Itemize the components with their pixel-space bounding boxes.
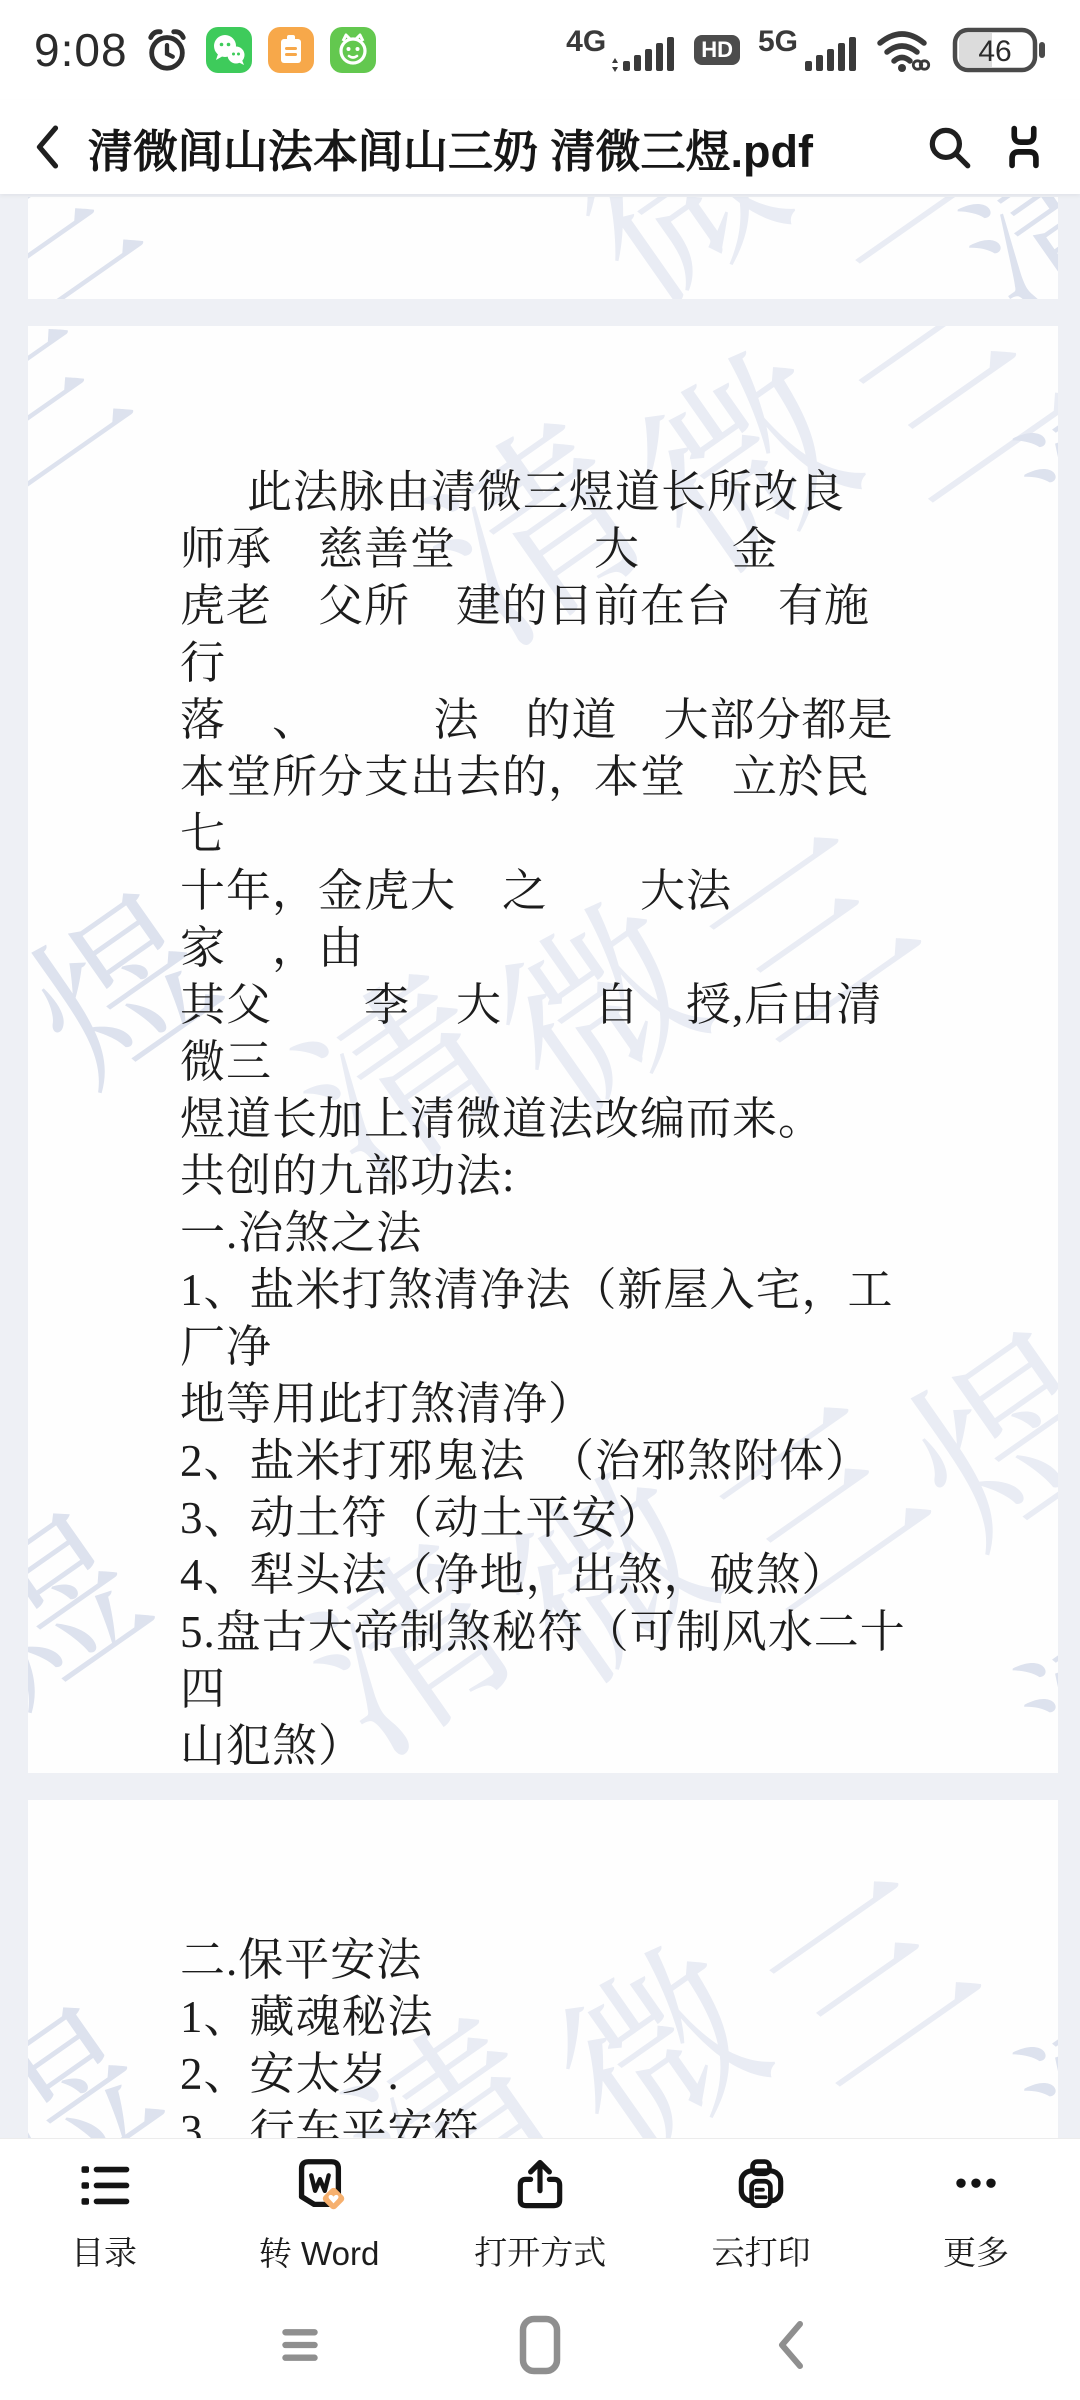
doc-text-line: 二.保平安法 — [180, 1932, 912, 1989]
doc-text-line: 2、盐米打邪鬼法 （治邪煞附体） — [180, 1433, 912, 1490]
net1-label: 4G — [566, 27, 606, 57]
toolbar-label: 更多 — [943, 2227, 1009, 2274]
notes-notification-icon — [268, 27, 314, 73]
toolbar-item-contents[interactable]: 目录 — [44, 2155, 164, 2274]
doc-text-line: 师承 慈善堂 大 金 — [180, 521, 912, 578]
toolbar-item-convert-word[interactable]: 转 Word — [259, 2154, 379, 2275]
back-button[interactable] — [30, 121, 64, 173]
toolbar-item-open-with[interactable]: 打开方式 — [474, 2155, 606, 2274]
toolbar-label: 转 Word — [259, 2228, 379, 2275]
battery-percent-text: 46 — [978, 35, 1011, 68]
toolbar-label: 目录 — [71, 2227, 137, 2274]
nav-back-button[interactable] — [775, 2319, 805, 2371]
wifi-icon — [876, 27, 934, 73]
search-button[interactable] — [924, 122, 974, 172]
doc-text-line: 1、藏魂秘法 — [180, 1989, 912, 2046]
pet-app-notification-icon — [330, 27, 376, 73]
doc-text-line: 1、盐米打煞清净法（新屋入宅，工厂净 — [180, 1262, 912, 1376]
doc-text-line: 4、犁头法（净地，出煞，破煞） — [180, 1547, 912, 1604]
pdf-text-block-2: 二.保平安法1、藏魂秘法2、安太岁.3、行车平安符 — [28, 1800, 1058, 2138]
pdf-text-block: 此法脉由清微三煜道长所改良师承 慈善堂 大 金虎老 父所 建的目前在台 有施行落… — [28, 326, 1058, 1773]
doc-text-line: 此法脉由清微三煜道长所改良 — [180, 464, 912, 521]
doc-text-line: 本堂所分支出去的，本堂 立於民 七 — [180, 749, 912, 863]
toolbar-label: 云打印 — [712, 2227, 811, 2274]
toolbar-item-cloud-print[interactable]: 云打印 — [701, 2155, 821, 2274]
net2-label: 5G — [758, 27, 798, 57]
status-time: 9:08 — [34, 23, 128, 77]
doc-text-line: 5.盘古大帝制煞秘符（可制风水二十四 — [180, 1604, 912, 1718]
doc-text-line: 共创的九部功法: — [180, 1148, 912, 1205]
pdf-scroll-area[interactable]: 微 三 清 三 三 清 微 三 清 煜 清 微 三 清 微 三 煜 煜 清 此法… — [0, 194, 1080, 2138]
share-open-icon — [510, 2155, 570, 2215]
toolbar-label: 打开方式 — [474, 2227, 606, 2274]
title-bar: 清微闾山法本闾山三奶 清微三煜.pdf — [0, 100, 1080, 194]
doc-text-line: 虎老 父所 建的目前在台 有施行 — [180, 578, 912, 692]
document-title: 清微闾山法本闾山三奶 清微三煜.pdf — [88, 115, 900, 180]
battery-icon: 46 — [952, 26, 1046, 74]
pages-switcher-button[interactable] — [998, 121, 1050, 173]
printer-icon — [731, 2155, 791, 2215]
phone-screen: 9:08 — [0, 0, 1080, 2400]
watermark-char: 微 — [551, 197, 816, 299]
doc-text-line: 3、动土符（动土平安） — [180, 1490, 912, 1547]
watermark-char: 三 — [28, 197, 162, 299]
bottom-toolbar: 目录 转 Word 打开方式 — [0, 2138, 1080, 2290]
system-nav-bar — [0, 2290, 1080, 2400]
doc-text-line: 十年，金虎大 之 大法 家 ，由 — [180, 863, 912, 977]
hd-badge: HD — [694, 35, 740, 65]
nav-recents-button[interactable] — [280, 2321, 320, 2369]
doc-text-line: 3、行车平安符 — [180, 2103, 912, 2138]
pdf-page-current: 三 清 微 三 清 煜 清 微 三 清 微 三 煜 煜 清 此法脉由清微三煜道长… — [28, 326, 1058, 1773]
contents-list-icon — [74, 2155, 134, 2215]
cellular-signal-1: 4G — [566, 27, 676, 73]
more-dots-icon — [946, 2155, 1006, 2215]
doc-text-line: 地等用此打煞清净） — [180, 1376, 912, 1433]
pdf-page-previous-partial: 微 三 清 三 — [28, 197, 1058, 299]
doc-text-line: 煜道长加上清微道法改编而来。 — [180, 1091, 912, 1148]
status-bar: 9:08 — [0, 0, 1080, 100]
toolbar-item-more[interactable]: 更多 — [916, 2155, 1036, 2274]
wechat-notification-icon — [206, 27, 252, 73]
doc-text-line: 山犯煞） — [180, 1718, 912, 1773]
doc-text-line: 一.治煞之法 — [180, 1205, 912, 1262]
pdf-page-next: 煜 清 微 三 清 二.保平安法1、藏魂秘法2、安太岁.3、行车平安符 — [28, 1800, 1058, 2138]
doc-text-line: 其父 李 大 自 授,后由清微三 — [180, 977, 912, 1091]
cellular-signal-2: 5G — [758, 27, 858, 73]
doc-text-line: 2、安太岁. — [180, 2046, 912, 2103]
word-convert-icon — [288, 2154, 350, 2216]
alarm-icon — [144, 27, 190, 73]
doc-text-line: 落 、 法 的道 大部分都是 — [180, 692, 912, 749]
nav-home-button[interactable] — [518, 2314, 562, 2376]
